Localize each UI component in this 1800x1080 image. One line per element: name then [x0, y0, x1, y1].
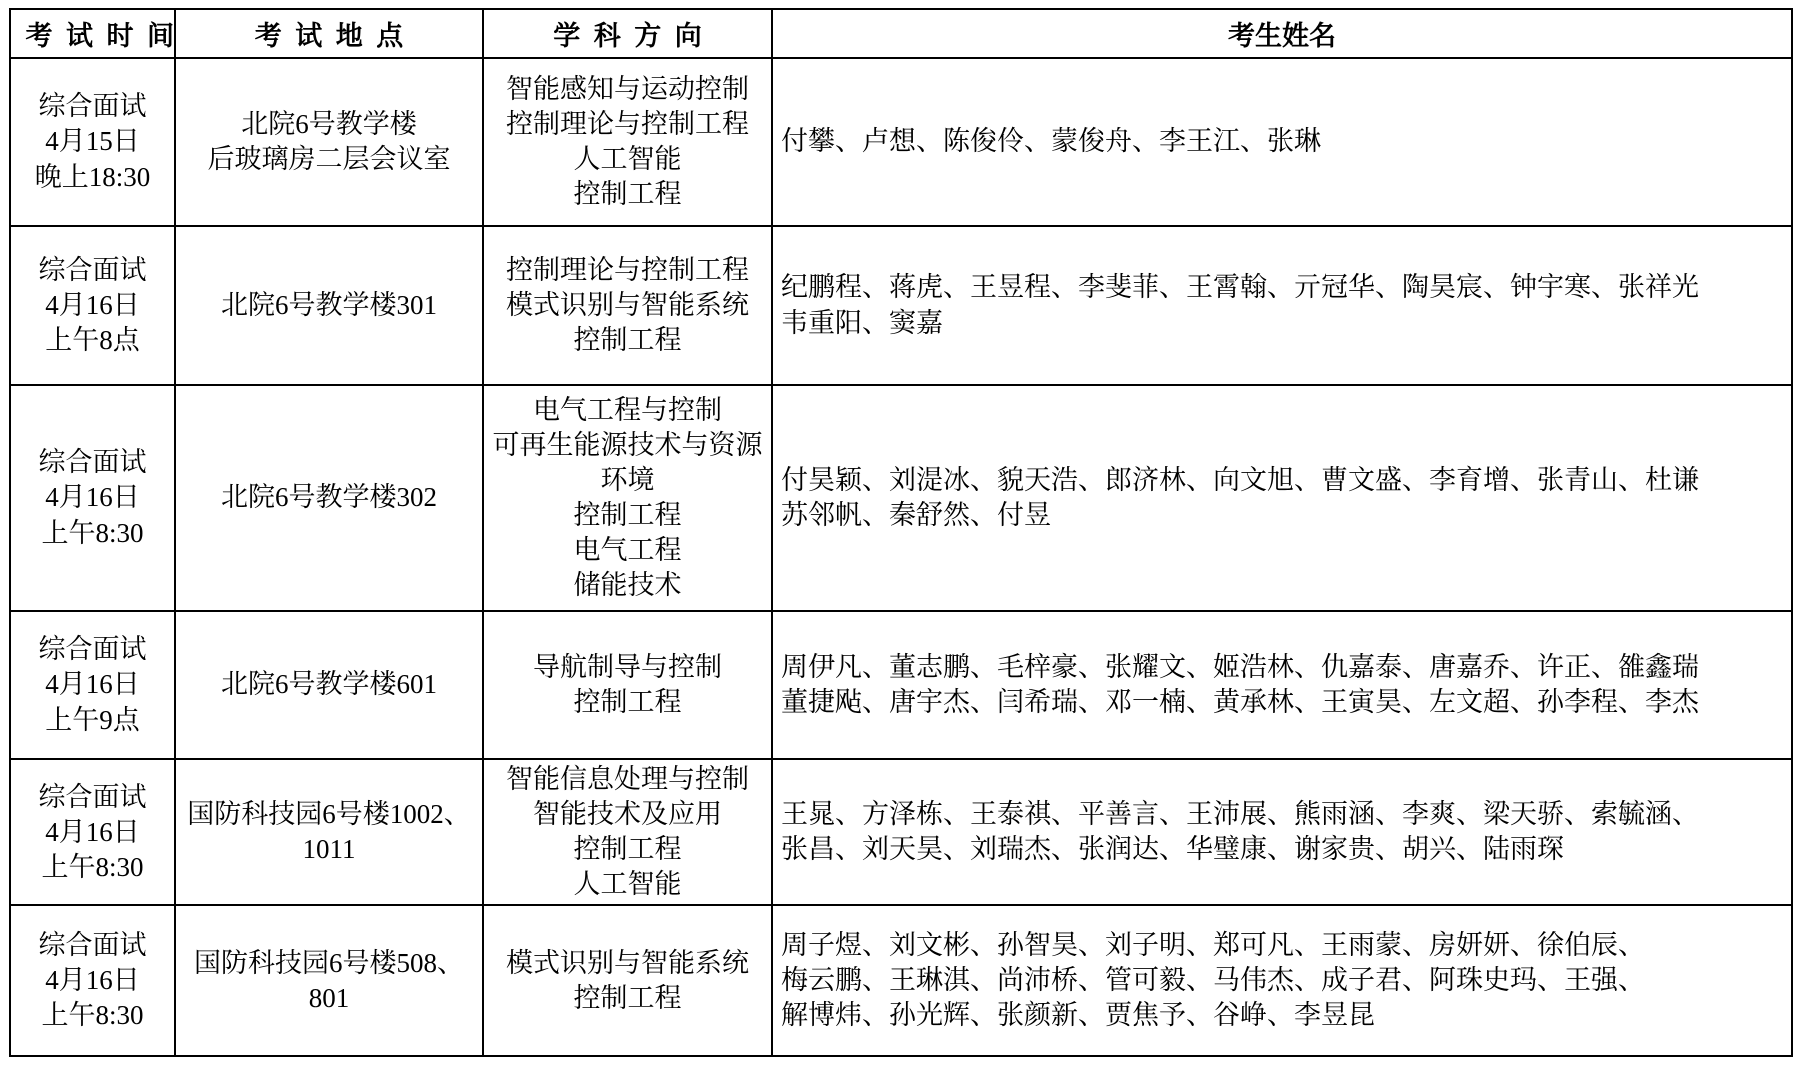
cell-exam-location: 北院6号教学楼301	[175, 226, 483, 385]
cell-subject-direction: 模式识别与智能系统 控制工程	[483, 905, 772, 1056]
header-exam-time: 考试时间	[10, 9, 175, 58]
cell-exam-time: 综合面试 4月16日 上午8点	[10, 226, 175, 385]
cell-exam-location: 国防科技园6号楼1002、1011	[175, 759, 483, 905]
exam-schedule-table: 考试时间 考试地点 学科方向 考生姓名 综合面试 4月15日 晚上18:30 北…	[9, 8, 1793, 1057]
cell-candidate-names: 周伊凡、董志鹏、毛梓豪、张耀文、姬浩林、仇嘉泰、唐嘉乔、许正、雒鑫瑞 董捷飐、唐…	[772, 611, 1792, 759]
cell-exam-location: 北院6号教学楼302	[175, 385, 483, 611]
header-row: 考试时间 考试地点 学科方向 考生姓名	[10, 9, 1792, 58]
table-row: 综合面试 4月16日 上午8:30 北院6号教学楼302 电气工程与控制 可再生…	[10, 385, 1792, 611]
cell-exam-location: 国防科技园6号楼508、801	[175, 905, 483, 1056]
table-row: 综合面试 4月16日 上午9点 北院6号教学楼601 导航制导与控制 控制工程 …	[10, 611, 1792, 759]
cell-exam-location: 北院6号教学楼601	[175, 611, 483, 759]
cell-subject-direction: 导航制导与控制 控制工程	[483, 611, 772, 759]
table-row: 综合面试 4月16日 上午8点 北院6号教学楼301 控制理论与控制工程 模式识…	[10, 226, 1792, 385]
cell-candidate-names: 纪鹏程、蒋虎、王昱程、李斐菲、王霄翰、亓冠华、陶昊宸、钟宇寒、张祥光 韦重阳、窦…	[772, 226, 1792, 385]
header-candidate-names: 考生姓名	[772, 9, 1792, 58]
cell-candidate-names: 周子煜、刘文彬、孙智昊、刘子明、郑可凡、王雨蒙、房妍妍、徐伯辰、 梅云鹏、王琳淇…	[772, 905, 1792, 1056]
header-subject-direction: 学科方向	[483, 9, 772, 58]
header-exam-location: 考试地点	[175, 9, 483, 58]
cell-exam-time: 综合面试 4月16日 上午9点	[10, 611, 175, 759]
cell-subject-direction: 电气工程与控制 可再生能源技术与资源环境 控制工程 电气工程 储能技术	[483, 385, 772, 611]
cell-exam-time: 综合面试 4月15日 晚上18:30	[10, 58, 175, 226]
cell-subject-direction: 智能信息处理与控制 智能技术及应用 控制工程 人工智能	[483, 759, 772, 905]
document-page: 考试时间 考试地点 学科方向 考生姓名 综合面试 4月15日 晚上18:30 北…	[0, 0, 1800, 1065]
table-row: 综合面试 4月16日 上午8:30 国防科技园6号楼508、801 模式识别与智…	[10, 905, 1792, 1056]
cell-exam-time: 综合面试 4月16日 上午8:30	[10, 759, 175, 905]
table-row: 综合面试 4月16日 上午8:30 国防科技园6号楼1002、1011 智能信息…	[10, 759, 1792, 905]
cell-subject-direction: 智能感知与运动控制 控制理论与控制工程 人工智能 控制工程	[483, 58, 772, 226]
table-row: 综合面试 4月15日 晚上18:30 北院6号教学楼 后玻璃房二层会议室 智能感…	[10, 58, 1792, 226]
cell-exam-time: 综合面试 4月16日 上午8:30	[10, 905, 175, 1056]
cell-exam-time: 综合面试 4月16日 上午8:30	[10, 385, 175, 611]
cell-candidate-names: 王晁、方泽栋、王泰祺、平善言、王沛展、熊雨涵、李爽、梁天骄、索毓涵、 张昌、刘天…	[772, 759, 1792, 905]
cell-exam-location: 北院6号教学楼 后玻璃房二层会议室	[175, 58, 483, 226]
cell-candidate-names: 付攀、卢想、陈俊伶、蒙俊舟、李王江、张琳	[772, 58, 1792, 226]
cell-subject-direction: 控制理论与控制工程 模式识别与智能系统 控制工程	[483, 226, 772, 385]
cell-candidate-names: 付昊颖、刘湜冰、貌天浩、郎济林、向文旭、曹文盛、李育增、张青山、杜谦 苏邻帆、秦…	[772, 385, 1792, 611]
